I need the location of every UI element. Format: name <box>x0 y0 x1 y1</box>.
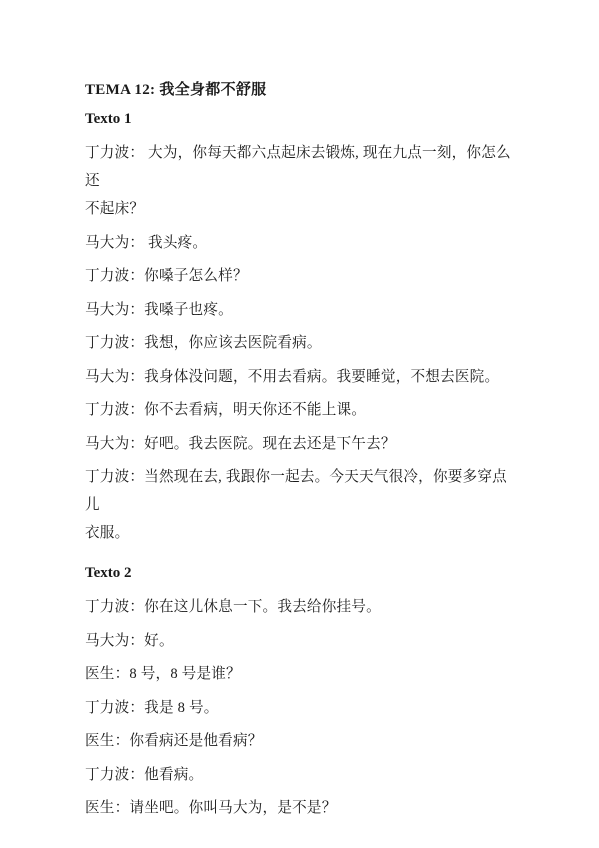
dialogue-line-1: 丁力波： 大为，你每天都六点起床去锻炼, 现在九点一刻，你怎么还 不起床？ <box>85 139 517 223</box>
dialogue-line-13: 丁力波：我是 8 号。 <box>85 694 517 722</box>
lesson-title: TEMA 12: 我全身都不舒服 <box>85 76 517 104</box>
dialogue-line-16: 医生：请坐吧。你叫马大为，是不是？ <box>85 794 517 822</box>
texto-1-section: Texto 1 丁力波： 大为，你每天都六点起床去锻炼, 现在九点一刻，你怎么还… <box>85 105 517 547</box>
dialogue-line-7: 丁力波：你不去看病，明天你还不能上课。 <box>85 396 517 424</box>
dialogue-line-8: 马大为：好吧。我去医院。现在去还是下午去？ <box>85 430 517 458</box>
dialogue-line-6: 马大为：我身体没问题，不用去看病。我要睡觉，不想去医院。 <box>85 363 517 391</box>
dialogue-line-14: 医生：你看病还是他看病？ <box>85 727 517 755</box>
dialogue-line-11: 马大为：好。 <box>85 627 517 655</box>
dialogue-line-12: 医生：8 号，8 号是谁？ <box>85 660 517 688</box>
dialogue-line-10: 丁力波：你在这儿休息一下。我去给你挂号。 <box>85 593 517 621</box>
dialogue-line-9: 丁力波：当然现在去, 我跟你一起去。今天天气很冷，你要多穿点儿 衣服。 <box>85 463 517 547</box>
document-page: TEMA 12: 我全身都不舒服 Texto 1 丁力波： 大为，你每天都六点起… <box>0 0 599 848</box>
texto-2-section: Texto 2 丁力波：你在这儿休息一下。我去给你挂号。 马大为：好。 医生：8… <box>85 559 517 822</box>
dialogue-line-15: 丁力波：他看病。 <box>85 761 517 789</box>
texto-1-heading: Texto 1 <box>85 105 517 133</box>
dialogue-line-2: 马大为： 我头疼。 <box>85 229 517 257</box>
dialogue-line-4: 马大为：我嗓子也疼。 <box>85 296 517 324</box>
texto-2-heading: Texto 2 <box>85 559 517 587</box>
dialogue-line-3: 丁力波：你嗓子怎么样？ <box>85 262 517 290</box>
dialogue-line-5: 丁力波：我想，你应该去医院看病。 <box>85 329 517 357</box>
